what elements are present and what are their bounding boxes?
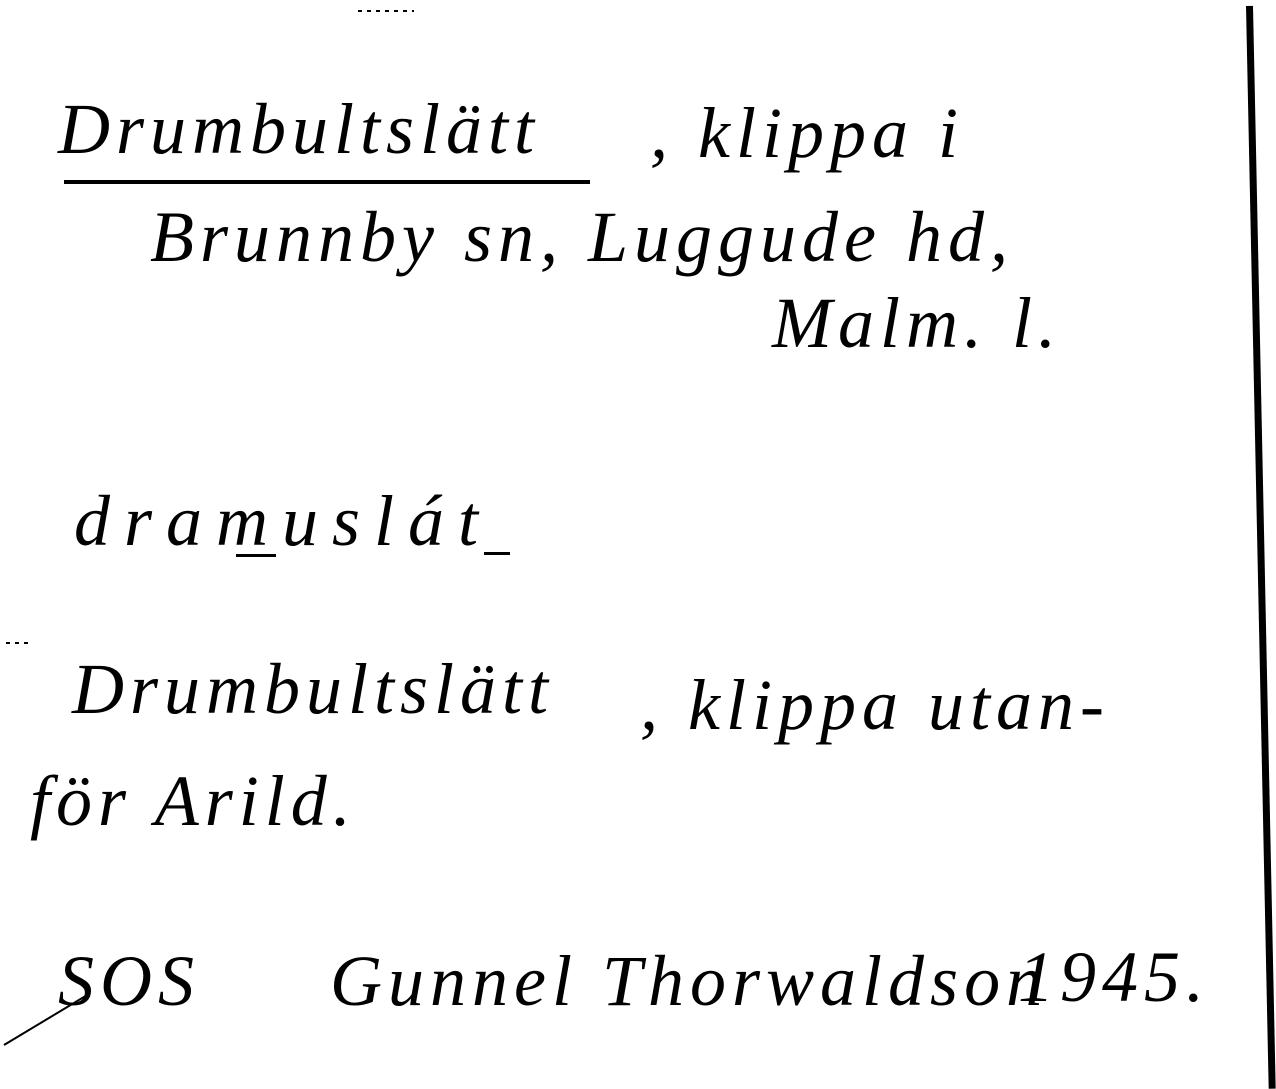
description-line2: för Arild. [30,760,357,843]
place-name-heading: Drumbultslätt [58,88,540,171]
pronunciation-text: dramuslát [74,480,492,563]
description-place-name: Drumbultslätt [72,648,554,731]
collector-name: Gunnel Thorwaldson [330,940,1048,1023]
archive-card: Drumbultslätt , klippa i Brunnby sn, Lug… [0,0,1276,1089]
heading-descriptor: , klippa i [650,92,964,175]
place-name-underline [64,180,590,184]
heading-county: Malm. l. [772,282,1062,365]
heading-parish-district: Brunnby sn, Luggude hd, [150,196,1014,279]
scan-artifact-top [358,10,414,12]
source-code: SOS [58,940,200,1023]
pronunciation-underline-t [484,552,510,555]
card-right-edge [1246,6,1276,1089]
scan-artifact-left [6,642,30,644]
collection-year: 1945. [1018,936,1210,1019]
description-line1: , klippa utan- [640,664,1110,747]
pronunciation-underline-m [236,554,276,557]
